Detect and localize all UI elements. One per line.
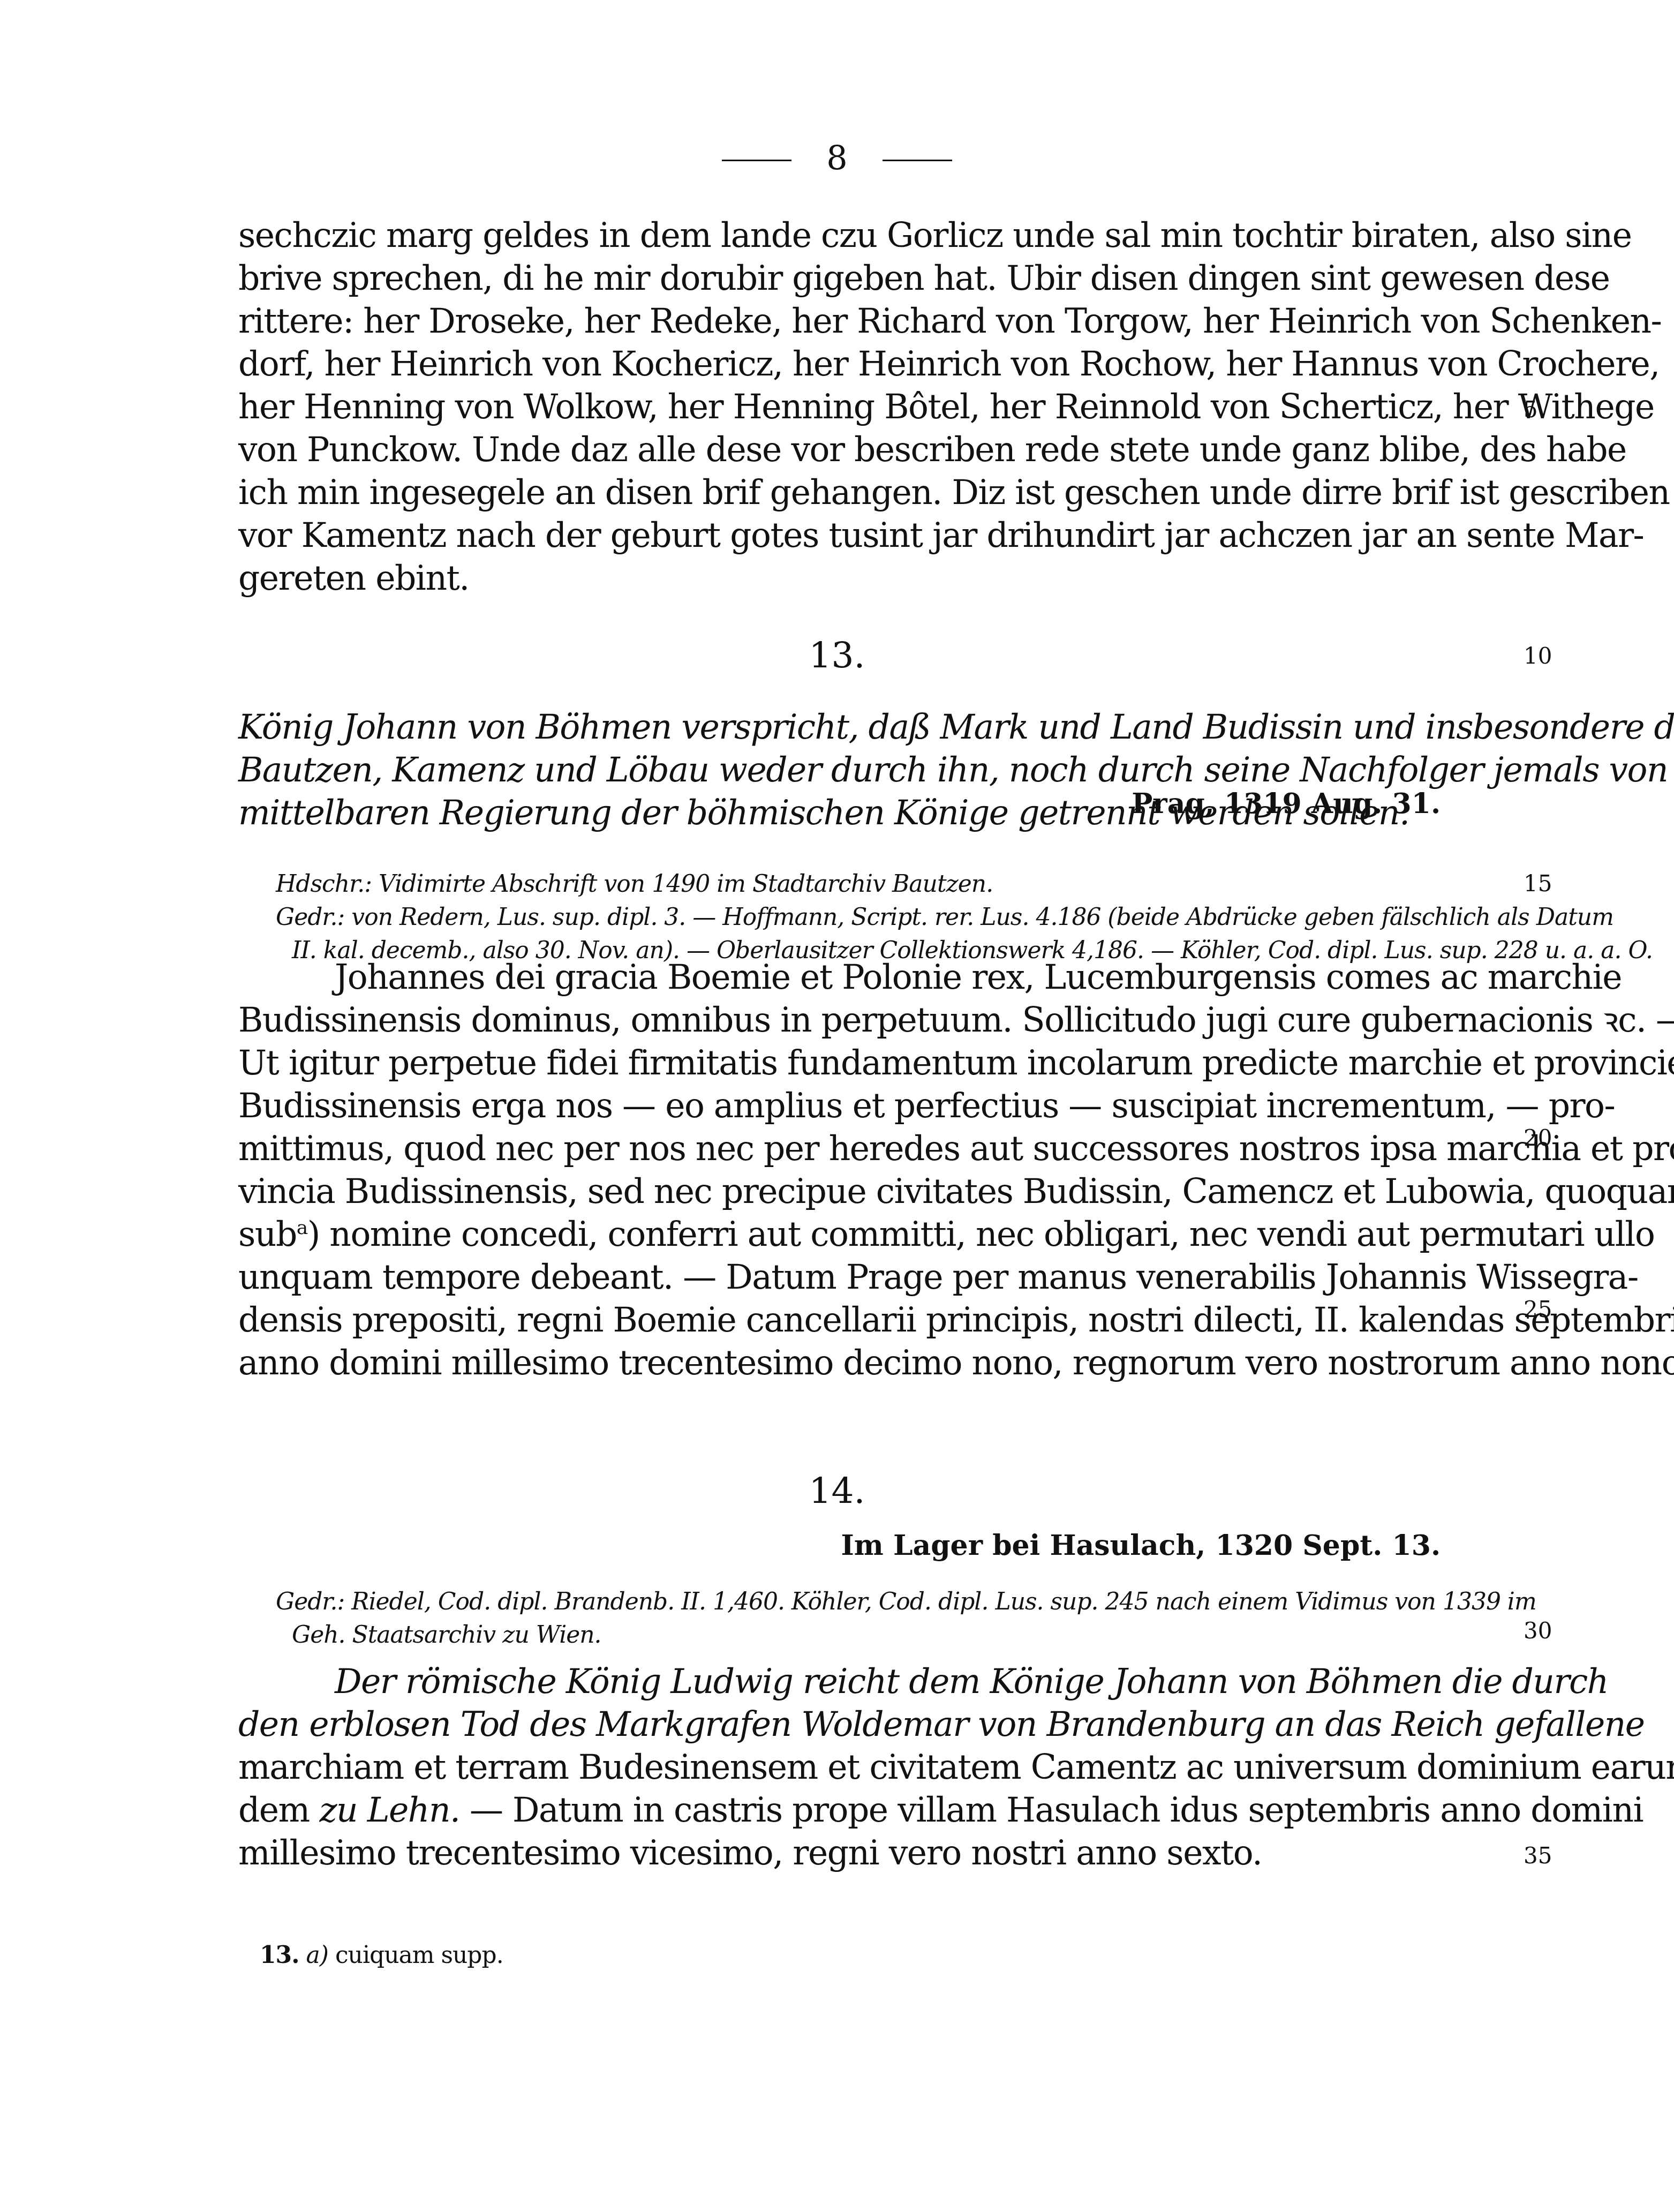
text-line: marchiam et terram Budesinensem et civit… [238, 1746, 1441, 1789]
margin-line-number: 20 [1524, 1125, 1552, 1151]
source-line: Gedr.: von Redern, Lus. sup. dipl. 3. — … [238, 901, 1441, 934]
text-fragment: ) nomine concedi, conferri aut committi,… [307, 1215, 1655, 1254]
text-line: Ut igitur perpetue fidei firmitatis fund… [238, 1042, 1441, 1085]
footnote-marker[interactable]: a [297, 1217, 307, 1239]
margin-line-number: 25 [1524, 1296, 1552, 1322]
margin-line-number: 5 [1524, 396, 1538, 423]
text-line: gereten ebint. [238, 557, 1441, 600]
text-line: her Henning von Wolkow, her Henning Bôte… [238, 386, 1441, 428]
text-fragment: sub [238, 1215, 297, 1254]
text-line: Budissinensis dominus, omnibus in perpet… [238, 999, 1441, 1042]
text-line: densis prepositi, regni Boemie cancellar… [238, 1299, 1441, 1342]
document-page: 8 sechczic marg geldes in dem lande czu … [0, 0, 1674, 2212]
text-line: unquam tempore debeant. — Datum Prage pe… [238, 1256, 1441, 1299]
text-line: Johannes dei gracia Boemie et Polonie re… [238, 956, 1441, 999]
doc14-body: Der römische König Ludwig reicht dem Kön… [238, 1660, 1441, 1875]
text-fragment-italic: zu Lehn. [319, 1790, 459, 1830]
text-line: sechczic marg geldes in dem lande czu Go… [238, 214, 1441, 257]
source-line: Hdschr.: Vidimirte Abschrift von 1490 im… [238, 868, 1441, 901]
source-line: Geh. Staatsarchiv zu Wien. [238, 1619, 1441, 1652]
source-line: Gedr.: Riedel, Cod. dipl. Brandenb. II. … [238, 1585, 1441, 1619]
doc13-sources: Hdschr.: Vidimirte Abschrift von 1490 im… [238, 868, 1441, 967]
document-number-14: 14. [0, 1470, 1674, 1511]
text-line: anno domini millesimo trecentesimo decim… [238, 1342, 1441, 1385]
text-line: brive sprechen, di he mir dorubir gigebe… [238, 257, 1441, 300]
text-line: ich min ingesegele an disen brif gehange… [238, 471, 1441, 514]
margin-line-number: 10 [1524, 643, 1552, 669]
footnote-ref: 13. [260, 1942, 299, 1969]
text-line: dem zu Lehn. — Datum in castris prope vi… [238, 1789, 1441, 1832]
page-number: 8 [826, 138, 847, 177]
doc13-place-date: Prag, 1319 Aug. 31. [1132, 787, 1441, 820]
document-number-13: 13. [0, 635, 1674, 676]
text-line: Budissinensis erga nos — eo amplius et p… [238, 1085, 1441, 1127]
text-line: vincia Budissinensis, sed nec precipue c… [238, 1170, 1441, 1213]
text-line: mittimus, quod nec per nos nec per hered… [238, 1127, 1441, 1170]
text-line-with-footnote: suba) nomine concedi, conferri aut commi… [238, 1213, 1441, 1256]
margin-line-number: 35 [1524, 1842, 1552, 1869]
text-line: von Punckow. Unde daz alle dese vor besc… [238, 428, 1441, 471]
summary-line: Bautzen, Kamenz und Löbau weder durch ih… [238, 749, 1441, 792]
header-dash-left [722, 160, 791, 161]
footnote-label: a) [306, 1942, 328, 1969]
doc13-text: Johannes dei gracia Boemie et Polonie re… [238, 956, 1441, 1385]
doc14-place-date: Im Lager bei Hasulach, 1320 Sept. 13. [841, 1529, 1441, 1562]
summary-line: Der römische König Ludwig reicht dem Kön… [238, 1660, 1441, 1703]
text-fragment: — Datum in castris prope villam Hasulach… [459, 1790, 1643, 1830]
header-dash-right [883, 160, 952, 161]
summary-line: König Johann von Böhmen verspricht, daß … [238, 706, 1441, 749]
footnote: 13. a) cuiquam supp. [260, 1939, 1462, 1972]
page-header: 8 [0, 137, 1674, 179]
footnote-text: cuiquam supp. [328, 1942, 503, 1969]
footnote-line: 13. a) cuiquam supp. [260, 1939, 1462, 1972]
text-line: rittere: her Droseke, her Redeke, her Ri… [238, 300, 1441, 343]
continuation-text: sechczic marg geldes in dem lande czu Go… [238, 214, 1441, 600]
text-line: millesimo trecentesimo vicesimo, regni v… [238, 1832, 1441, 1875]
margin-line-number: 30 [1524, 1617, 1552, 1644]
text-line: dorf, her Heinrich von Kochericz, her He… [238, 343, 1441, 386]
summary-line: den erblosen Tod des Markgrafen Woldemar… [238, 1703, 1441, 1746]
text-fragment: dem [238, 1790, 319, 1830]
doc14-sources: Gedr.: Riedel, Cod. dipl. Brandenb. II. … [238, 1585, 1441, 1652]
margin-line-number: 15 [1524, 870, 1552, 897]
text-line: vor Kamentz nach der geburt gotes tusint… [238, 514, 1441, 557]
